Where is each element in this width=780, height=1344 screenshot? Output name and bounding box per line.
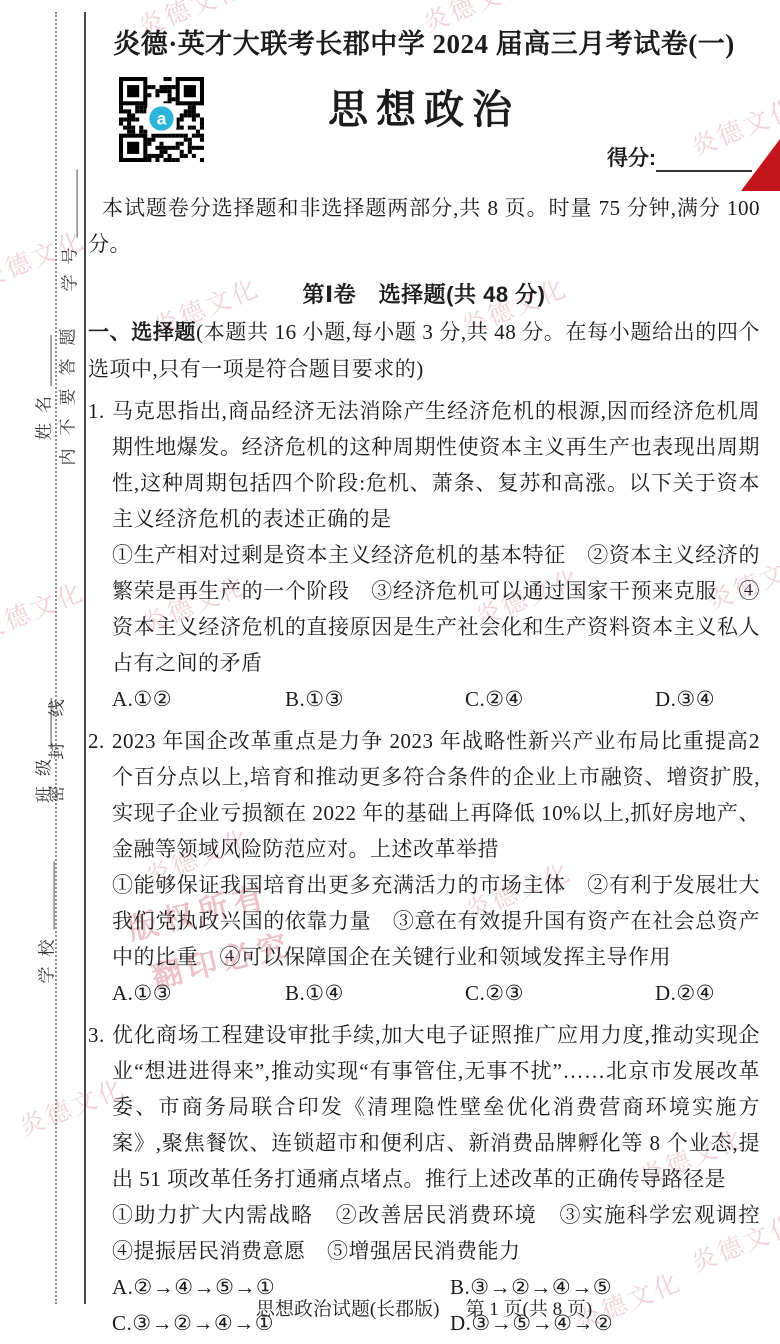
footer-page-info: 第 1 页(共 8 页) [466, 1299, 593, 1320]
choice-c: C.②④ [465, 681, 655, 717]
choices-row: A.①③ B.①④ C.②③ D.②④ [112, 975, 760, 1011]
question-stem: 马克思指出,商品经济无法消除产生经济危机的根源,因而经济危机周期性地爆发。经济危… [112, 393, 760, 537]
choice-d: D.②④ [655, 975, 760, 1011]
exam-series-title: 炎德·英才大联考长郡中学 2024 届高三月考试卷(一) [88, 22, 760, 61]
seal-text-inner: 内不要答题 [54, 316, 79, 466]
question-number: 2. [88, 723, 105, 759]
choice-b: B.①③ [285, 681, 465, 717]
subject-title: 思想政治 [88, 78, 760, 135]
field-school-blank: ________ [38, 862, 57, 930]
field-student-number-blank: ________ [61, 170, 80, 238]
question-stem: 2023 年国企改革重点是力争 2023 年战略性新兴产业布局比重提高2 个百分… [112, 723, 760, 867]
footer-doc-title: 思想政治试题(长郡版) [256, 1299, 440, 1320]
question-number: 3. [88, 1017, 105, 1053]
choice-a: A.①② [112, 681, 285, 717]
watermark: 炎德文化 [0, 572, 90, 647]
field-name: 姓名______ [30, 323, 55, 453]
choice-a: A.①③ [112, 975, 285, 1011]
question-statements: ①能够保证我国培育出更多充满活力的市场主体 ②有利于发展壮大我们党执政兴国的依靠… [112, 867, 760, 975]
seal-text-outer: 密封线 [43, 703, 68, 803]
field-school: 学校________ [33, 843, 58, 1003]
question-3: 3. 优化商场工程建设审批手续,加大电子证照推广应用力度,推动实现企业“想进进得… [88, 1017, 760, 1341]
question-statements: ①生产相对过剩是资本主义经济危机的基本特征 ②资本主义经济的繁荣是再生产的一个阶… [112, 537, 760, 681]
question-number: 1. [88, 393, 105, 429]
field-name-blank: ______ [35, 335, 54, 386]
instruction-lead: 一、选择题 [88, 321, 196, 344]
question-1: 1. 马克思指出,商品经济无法消除产生经济危机的根源,因而经济危机周期性地爆发。… [88, 393, 760, 717]
seal-solid-line [84, 12, 86, 1304]
choice-c: C.②③ [465, 975, 655, 1011]
score-row: 得分: [607, 142, 752, 172]
exam-paper-page: 炎德文化 炎德文化 炎德文化 炎德文化 炎德文化 炎德文化 炎德文化 炎德文化 … [0, 0, 780, 1344]
page-footer: 思想政治试题(长郡版)第 1 页(共 8 页) [88, 1294, 760, 1321]
exam-body: 本试题卷分选择题和非选择题两部分,共 8 页。时量 75 分钟,满分 100 分… [88, 190, 760, 1341]
section-instruction: 一、选择题(本题共 16 小题,每小题 3 分,共 48 分。在每小题给出的四个… [88, 314, 760, 387]
question-statements: ①助力扩大内需战略 ②改善居民消费环境 ③实施科学宏观调控 ④提振居民消费意愿 … [112, 1197, 760, 1269]
score-label: 得分: [607, 147, 656, 170]
choice-d: D.③④ [655, 681, 760, 717]
question-2: 2. 2023 年国企改革重点是力争 2023 年战略性新兴产业布局比重提高2 … [88, 723, 760, 1011]
score-blank [656, 150, 752, 172]
choices-row: A.①② B.①③ C.②④ D.③④ [112, 681, 760, 717]
question-stem: 优化商场工程建设审批手续,加大电子证照推广应用力度,推动实现企业“想进进得来”,… [112, 1017, 760, 1197]
choice-b: B.①④ [285, 975, 465, 1011]
field-student-number: 学号________ [56, 151, 81, 311]
section-title: 第Ⅰ卷 选择题(共 48 分) [88, 277, 760, 313]
exam-intro: 本试题卷分选择题和非选择题两部分,共 8 页。时量 75 分钟,满分 100 分… [88, 190, 760, 262]
